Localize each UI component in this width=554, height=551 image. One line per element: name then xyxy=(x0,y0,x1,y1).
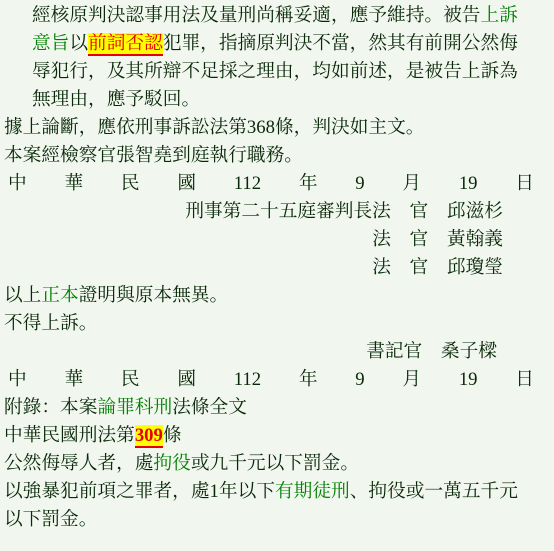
judge-signature-line: 法 官 黃翰義 xyxy=(4,226,554,254)
date-item: 9 xyxy=(355,170,364,198)
paragraph-line: 以上正本證明與原本無異。 xyxy=(4,282,554,310)
paragraph-line: 本案經檢察官張智堯到庭執行職務。 xyxy=(4,142,554,170)
text-run: 犯罪，指摘原判決不當，然其有前開公然侮 xyxy=(163,33,518,54)
date-item: 國 xyxy=(177,366,196,394)
judgment-document-body: 經核原判決認事用法及量刑尚稱妥適，應予維持。被告上訴意旨以前詞否認犯罪，指摘原判… xyxy=(0,0,554,534)
legal-term-link[interactable]: 正本 xyxy=(41,285,78,306)
clerk-signature-line: 書記官 桑子樑 xyxy=(4,338,554,366)
date-item: 中 xyxy=(8,170,27,198)
judge-signature-line: 刑事第二十五庭審判長法 官 邱滋杉 xyxy=(4,198,554,226)
paragraph-line: 附錄：本案論罪科刑法條全文 xyxy=(4,394,554,422)
paragraph-line: 以強暴犯前項之罪者，處1年以下有期徒刑、拘役或一萬五千元 xyxy=(4,478,554,506)
paragraph-line: 意旨以前詞否認犯罪，指摘原判決不當，然其有前開公然侮 xyxy=(4,30,554,58)
text-run: 以 xyxy=(69,33,88,54)
date-line: 中華民國112年9月19日 xyxy=(4,170,554,198)
judgment-page: 經核原判決認事用法及量刑尚稱妥適，應予維持。被告上訴意旨以前詞否認犯罪，指摘原判… xyxy=(0,0,554,551)
date-item: 9 xyxy=(355,366,364,394)
paragraph-line: 辱犯行，及其所辯不足採之理由，均如前述，是被告上訴為 xyxy=(4,58,554,86)
text-run: 不得上訴。 xyxy=(4,313,97,334)
legal-term-link[interactable]: 意旨 xyxy=(32,33,69,54)
text-run: 法條全文 xyxy=(172,397,247,418)
date-item: 華 xyxy=(64,170,83,198)
text-run: 辱犯行，及其所辯不足採之理由，均如前述，是被告上訴為 xyxy=(32,61,518,82)
date-item: 國 xyxy=(177,170,196,198)
text-run: 中華民國刑法第 xyxy=(4,425,135,446)
text-run: 附錄：本案 xyxy=(4,397,97,418)
paragraph-line: 無理由，應予駁回。 xyxy=(4,86,554,114)
text-run: 據上論斷，應依刑事訴訟法第368條，判決如主文。 xyxy=(4,117,424,138)
text-run: 以強暴犯前項之罪者，處1年以下 xyxy=(4,481,275,502)
text-run: 條 xyxy=(163,425,182,446)
date-item: 日 xyxy=(515,366,534,394)
text-run: 無理由，應予駁回。 xyxy=(32,89,200,110)
text-run: 法 官 黃翰義 xyxy=(372,229,503,250)
text-run: 書記官 桑子樑 xyxy=(366,341,497,362)
date-line: 中華民國112年9月19日 xyxy=(4,366,554,394)
paragraph-line: 經核原判決認事用法及量刑尚稱妥適，應予維持。被告上訴 xyxy=(4,2,554,30)
date-item: 112 xyxy=(234,366,261,394)
date-item: 年 xyxy=(299,170,318,198)
paragraph-line: 不得上訴。 xyxy=(4,310,554,338)
date-item: 華 xyxy=(64,366,83,394)
date-item: 19 xyxy=(459,366,478,394)
date-item: 中 xyxy=(8,366,27,394)
search-hit-highlight: 309 xyxy=(135,425,163,448)
paragraph-line: 中華民國刑法第309條 xyxy=(4,422,554,450)
text-run: 或九千元以下罰金。 xyxy=(191,453,359,474)
search-hit-highlight: 前詞否認 xyxy=(88,33,163,56)
date-item: 日 xyxy=(515,170,534,198)
paragraph-line: 以下罰金。 xyxy=(4,506,554,534)
text-run: 以下罰金。 xyxy=(4,509,97,530)
text-run: 本案經檢察官張智堯到庭執行職務。 xyxy=(4,145,303,166)
legal-term-link[interactable]: 拘役 xyxy=(154,453,191,474)
judge-signature-line: 法 官 邱瓊瑩 xyxy=(4,254,554,282)
legal-term-link[interactable]: 論罪科刑 xyxy=(97,397,172,418)
text-run: 以上 xyxy=(4,285,41,306)
text-run: 公然侮辱人者，處 xyxy=(4,453,154,474)
date-item: 112 xyxy=(234,170,261,198)
text-run: 證明與原本無異。 xyxy=(79,285,229,306)
text-run: 法 官 邱瓊瑩 xyxy=(372,257,503,278)
text-run: 刑事第二十五庭審判長法 官 邱滋杉 xyxy=(185,201,503,222)
date-item: 年 xyxy=(299,366,318,394)
date-item: 19 xyxy=(459,170,478,198)
legal-term-link[interactable]: 有期徒刑 xyxy=(275,481,350,502)
date-item: 民 xyxy=(121,170,140,198)
legal-term-link[interactable]: 上訴 xyxy=(481,5,518,26)
text-run: 、拘役或一萬五千元 xyxy=(350,481,518,502)
text-run: 經核原判決認事用法及量刑尚稱妥適，應予維持。被告 xyxy=(32,5,481,26)
date-item: 民 xyxy=(121,366,140,394)
paragraph-line: 公然侮辱人者，處拘役或九千元以下罰金。 xyxy=(4,450,554,478)
date-item: 月 xyxy=(402,366,421,394)
paragraph-line: 據上論斷，應依刑事訴訟法第368條，判決如主文。 xyxy=(4,114,554,142)
date-item: 月 xyxy=(402,170,421,198)
